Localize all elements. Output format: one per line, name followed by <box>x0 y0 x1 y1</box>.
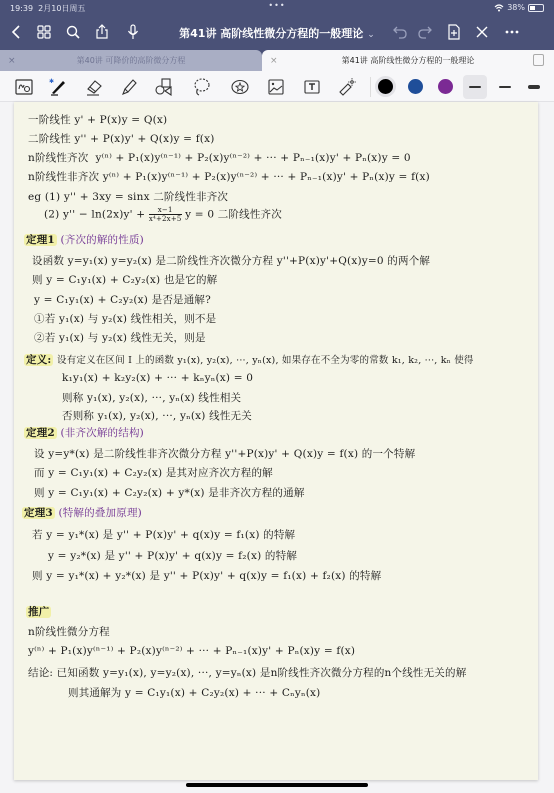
battery-percent: 38% <box>507 3 525 12</box>
status-time: 19:39 <box>10 4 33 13</box>
note-example-1: eg (1) y'' + 3xy = sinx 二阶线性非齐次 <box>28 189 228 204</box>
notebook-page[interactable]: 一阶线性 y' + P(x)y = Q(x) 二阶线性 y'' + P(x)y'… <box>14 102 538 780</box>
numerator: x−1 <box>149 206 182 215</box>
document-title[interactable]: 第41讲 高阶线性微分方程的一般理论⌄ <box>179 25 375 41</box>
definition-line: k₁y₁(x) + k₂y₂(x) + ··· + kₙyₙ(x) = 0 <box>62 372 253 384</box>
tab-lecture-41[interactable]: × 第41讲 高阶线性微分方程的一般理论 <box>262 50 554 71</box>
theorem-1-heading: 定理1 (齐次的解的性质) <box>24 232 144 247</box>
grid-icon[interactable] <box>35 23 53 41</box>
redo-icon[interactable] <box>416 23 434 41</box>
color-blue-swatch[interactable] <box>408 79 423 94</box>
theorem-1-line: 设函数 y=y₁(x) y=y₂(x) 是二阶线性齐次微分方程 y''+P(x)… <box>32 253 430 268</box>
search-icon[interactable] <box>64 23 82 41</box>
theorem-3-line: 若 y = y₁*(x) 是 y'' + P(x)y' + q(x)y = f₁… <box>32 527 295 542</box>
theorem-1-line: ①若 y₁(x) 与 y₂(x) 线性相关，则不是 <box>34 311 216 326</box>
note-nth-nonhomog: n阶线性非齐次 y⁽ⁿ⁾ + P₁(x)y⁽ⁿ⁻¹⁾ + P₂(x)y⁽ⁿ⁻²⁾… <box>28 169 430 184</box>
chevron-down-icon[interactable]: ⌄ <box>367 30 375 40</box>
tab-label: 第40讲 可降价的高阶微分方程 <box>77 55 186 66</box>
tab-label: 第41讲 高阶线性微分方程的一般理论 <box>342 55 475 66</box>
equation: y⁽ⁿ⁾ + P₁(x)y⁽ⁿ⁻¹⁾ + P₂(x)y⁽ⁿ⁻²⁾ + ··· +… <box>96 152 411 164</box>
share-icon[interactable] <box>93 23 111 41</box>
heading: 定理2 <box>24 427 57 439</box>
laser-pointer-icon[interactable] <box>335 75 359 99</box>
read-mode-icon[interactable] <box>12 75 36 99</box>
image-icon[interactable] <box>264 75 288 99</box>
status-date: 2月10日周五 <box>38 4 85 13</box>
def-line: 设有定义在区间 I 上的函数 y₁(x), y₂(x), ···, yₙ(x),… <box>57 355 474 366</box>
subheading: (特解的叠加原理) <box>58 507 142 519</box>
note-nth-homog: n阶线性齐次 y⁽ⁿ⁾ + P₁(x)y⁽ⁿ⁻¹⁾ + P₂(x)y⁽ⁿ⁻²⁾ … <box>28 150 411 165</box>
tab-bar: × 第40讲 可降价的高阶微分方程 × 第41讲 高阶线性微分方程的一般理论 <box>0 47 554 71</box>
heading: 定理1 <box>24 234 57 246</box>
label: n阶线性齐次 <box>28 152 88 164</box>
equation: y⁽ⁿ⁾ + P₁(x)y⁽ⁿ⁻¹⁾ + P₂(x)y⁽ⁿ⁻²⁾ + ··· +… <box>103 171 430 183</box>
extension-line: 结论: 已知函数 y=y₁(x), y=y₂(x), ···, y=yₙ(x) … <box>28 665 466 680</box>
theorem-2-line: 而 y = C₁y₁(x) + C₂y₂(x) 是其对应齐次方程的解 <box>34 465 273 480</box>
tab-close-icon[interactable]: × <box>8 56 16 66</box>
heading: 定理3 <box>22 507 55 519</box>
status-right: 38% <box>494 3 544 12</box>
eraser-icon[interactable] <box>82 75 106 99</box>
color-black-swatch[interactable] <box>378 79 393 94</box>
theorem-3-line: y = y₂*(x) 是 y'' + P(x)y' + q(x)y = f₂(x… <box>48 548 297 563</box>
stroke-medium-button[interactable] <box>493 75 517 99</box>
shapes-icon[interactable] <box>152 75 176 99</box>
highlighter-icon[interactable] <box>117 75 141 99</box>
text-box-icon[interactable] <box>300 75 324 99</box>
theorem-1-line: y = C₁y₁(x) + C₂y₂(x) 是否是通解? <box>34 292 211 307</box>
eq-part: y = 0 二阶线性齐次 <box>185 209 282 221</box>
definition-line: 则称 y₁(x), y₂(x), ···, yₙ(x) 线性相关 <box>62 390 241 405</box>
nav-row: 第41讲 高阶线性微分方程的一般理论⌄ <box>0 20 554 44</box>
theorem-2-line: 设 y=y*(x) 是二阶线性非齐次微分方程 y''+P(x)y' + Q(x)… <box>34 446 415 461</box>
label: n阶线性非齐次 <box>28 171 99 183</box>
battery-icon <box>528 4 544 12</box>
add-page-icon[interactable] <box>445 23 463 41</box>
stroke-thin-button[interactable] <box>463 75 487 99</box>
status-time-date: 19:39 2月10日周五 <box>10 3 85 14</box>
home-indicator[interactable] <box>186 783 368 787</box>
svg-text:✱: ✱ <box>49 78 54 85</box>
toolbar-divider <box>370 77 371 97</box>
heading: 推广 <box>26 606 51 618</box>
note-example-2: (2) y'' − ln(2x)y' + x−1x⁴+2x+5 y = 0 二阶… <box>44 206 282 223</box>
definition-line: 否则称 y₁(x), y₂(x), ···, yₙ(x) 线性无关 <box>62 408 252 423</box>
extension-heading: 推广 <box>26 604 51 619</box>
note-second-order: 二阶线性 y'' + P(x)y' + Q(x)y = f(x) <box>28 131 215 146</box>
theorem-2-heading: 定理2 (非齐次解的结构) <box>24 425 144 440</box>
top-bar: 19:39 2月10日周五 ••• 38% 第41讲 高阶线性微分方程的一般理论… <box>0 0 554 47</box>
subheading: (齐次的解的性质) <box>60 234 144 246</box>
fraction: x−1x⁴+2x+5 <box>149 206 182 223</box>
tab-close-icon[interactable]: × <box>270 56 278 66</box>
extension-line: n阶线性微分方程 <box>28 624 110 639</box>
title-text: 第41讲 高阶线性微分方程的一般理论 <box>179 27 363 40</box>
back-icon[interactable] <box>8 23 26 41</box>
denominator: x⁴+2x+5 <box>149 215 182 223</box>
undo-icon[interactable] <box>391 23 409 41</box>
extension-line: y⁽ⁿ⁾ + P₁(x)y⁽ⁿ⁻¹⁾ + P₂(x)y⁽ⁿ⁻²⁾ + ··· +… <box>28 645 355 657</box>
wifi-icon <box>494 4 504 12</box>
theorem-1-line: ②若 y₁(x) 与 y₂(x) 线性无关，则是 <box>34 330 206 345</box>
theorem-3-heading: 定理3 (特解的叠加原理) <box>22 505 142 520</box>
sidebar-toggle-icon[interactable] <box>533 54 544 66</box>
multitask-dots[interactable]: ••• <box>268 1 285 10</box>
stroke-thick-button[interactable] <box>522 75 546 99</box>
lasso-icon[interactable] <box>190 75 214 99</box>
note-first-order: 一阶线性 y' + P(x)y = Q(x) <box>28 112 167 127</box>
eq-part: (2) y'' − ln(2x)y' + <box>44 209 145 221</box>
color-purple-swatch[interactable] <box>438 79 453 94</box>
status-bar: 19:39 2月10日周五 ••• 38% <box>10 3 544 15</box>
close-icon[interactable] <box>473 23 491 41</box>
heading: 定义: <box>24 354 53 366</box>
tab-lecture-40[interactable]: × 第40讲 可降价的高阶微分方程 <box>0 50 262 71</box>
theorem-3-line: 则 y = y₁*(x) + y₂*(x) 是 y'' + P(x)y' + q… <box>32 568 381 583</box>
theorem-2-line: 则 y = C₁y₁(x) + C₂y₂(x) + y*(x) 是非齐次方程的通… <box>34 485 305 500</box>
drawing-toolbar: ✱ <box>0 71 554 102</box>
pen-icon[interactable]: ✱ <box>46 75 70 99</box>
sticker-icon[interactable] <box>228 75 252 99</box>
more-icon[interactable] <box>503 23 521 41</box>
extension-line: 则其通解为 y = C₁y₁(x) + C₂y₂(x) + ··· + Cₙyₙ… <box>68 685 320 700</box>
microphone-icon[interactable] <box>124 23 142 41</box>
definition: 定义: 设有定义在区间 I 上的函数 y₁(x), y₂(x), ···, yₙ… <box>24 352 474 367</box>
subheading: (非齐次解的结构) <box>60 427 144 439</box>
theorem-1-line: 则 y = C₁y₁(x) + C₂y₂(x) 也是它的解 <box>32 272 217 287</box>
